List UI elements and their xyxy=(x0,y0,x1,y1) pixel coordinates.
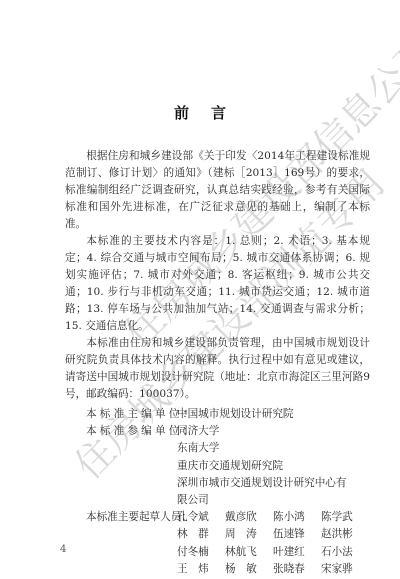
participating-units-row: 本标准参编单位： 同济大学 东南大学 重庆市交通规划研究院 深圳市城市交通规划设… xyxy=(65,423,375,509)
participating-unit: 同济大学 xyxy=(177,423,375,440)
page-number: 4 xyxy=(60,544,66,555)
drafter-name: 戴彦欣 xyxy=(225,509,273,526)
chief-unit-row: 本标准主编单位： 中国城市规划设计研究院 xyxy=(65,406,375,423)
chief-unit-label: 本标准主编单位： xyxy=(65,406,177,423)
drafter-name: 林 群 xyxy=(177,526,225,543)
drafter-name: 陈小鸿 xyxy=(273,509,321,526)
paragraph-contents: 本标准的主要技术内容是：1. 总则；2. 术语；3. 基本规定；4. 综合交通与… xyxy=(65,233,370,335)
preface-body: 根据住房和城乡建设部《关于印发〈2014年工程建设标准规范制订、修订计划〉的通知… xyxy=(65,148,370,403)
drafter-name: 林航飞 xyxy=(225,544,273,561)
page-title: 前言 xyxy=(0,102,400,123)
chief-unit-value: 中国城市规划设计研究院 xyxy=(177,406,375,423)
paragraph-management: 本标准由住房和城乡建设部负责管理，由中国城市规划设计研究院负责具体技术内容的解释… xyxy=(65,335,370,403)
drafters-row: 本标准主要起草人员： 孔令斌 戴彦欣 陈小鸿 陈学武 林 群 周 涛 伍速锋 赵… xyxy=(65,509,375,578)
drafter-name: 张晓春 xyxy=(273,561,321,578)
participating-units-label: 本标准参编单位： xyxy=(65,423,177,509)
drafters-list: 孔令斌 戴彦欣 陈小鸿 陈学武 林 群 周 涛 伍速锋 赵洪彬 付冬楠 林航飞 … xyxy=(177,509,375,578)
drafter-name: 伍速锋 xyxy=(273,526,321,543)
drafter-name: 叶建红 xyxy=(273,544,321,561)
participating-unit: 东南大学 xyxy=(177,440,375,457)
drafter-name: 石小法 xyxy=(321,544,369,561)
drafter-name: 孔令斌 xyxy=(177,509,225,526)
participating-units-list: 同济大学 东南大学 重庆市交通规划研究院 深圳市城市交通规划设计研究中心有 限公… xyxy=(177,423,375,509)
participating-unit: 重庆市交通规划研究院 xyxy=(177,458,375,475)
drafter-name: 周 涛 xyxy=(225,526,273,543)
drafter-name: 赵洪彬 xyxy=(321,526,369,543)
paragraph-basis: 根据住房和城乡建设部《关于印发〈2014年工程建设标准规范制订、修订计划〉的通知… xyxy=(65,148,370,233)
drafter-name: 王 炜 xyxy=(177,561,225,578)
units-section: 本标准主编单位： 中国城市规划设计研究院 本标准参编单位： 同济大学 东南大学 … xyxy=(65,406,375,578)
participating-unit: 限公司 xyxy=(177,492,375,509)
drafter-name: 宋家骅 xyxy=(321,561,369,578)
drafter-name: 杨 敏 xyxy=(225,561,273,578)
document-page: 前言 根据住房和城乡建设部《关于印发〈2014年工程建设标准规范制订、修订计划〉… xyxy=(0,0,400,579)
drafters-label: 本标准主要起草人员： xyxy=(65,509,177,578)
drafter-name: 陈学武 xyxy=(321,509,369,526)
participating-unit: 深圳市城市交通规划设计研究中心有 xyxy=(177,475,375,492)
drafter-name: 付冬楠 xyxy=(177,544,225,561)
